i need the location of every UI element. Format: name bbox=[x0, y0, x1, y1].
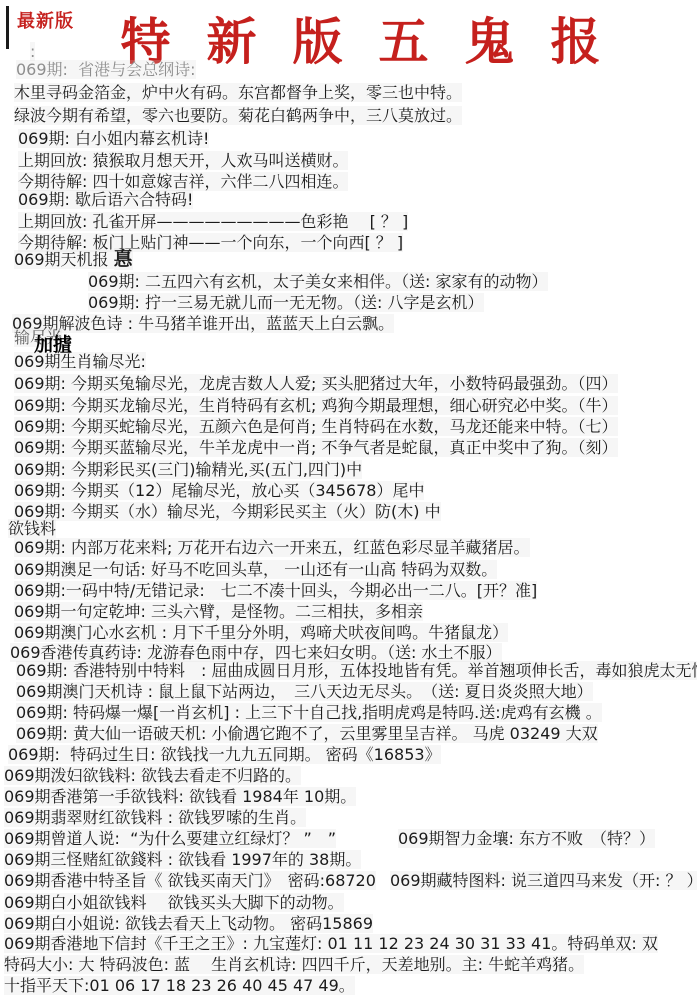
text-segment: 惪 bbox=[114, 248, 133, 270]
text-segment: 绿波今期有希望，零六也要防。菊花白鹤两争中，三八莫放过。 bbox=[14, 106, 462, 125]
text-line: 069期香港中特圣旨《 欲钱买南天门》 密码:68720 bbox=[4, 871, 376, 890]
text-segment: 今期待解: 四十如意嫁吉祥，六伴二八四相连。 bbox=[18, 172, 348, 191]
text-line: 069期: 今期买蛇输尽光，五颜六色是何肖; 生肖特码在水数，马龙还能来中特。（… bbox=[14, 417, 618, 436]
text-segment: 木里寻码金箔金，炉中火有码。东宫都督争上奖，零三也中特。 bbox=[14, 83, 462, 102]
text-line: 069期天机报 惪 bbox=[14, 250, 133, 269]
text-line: 069期: 二五四六有玄机，太子美女来相伴。（送: 家家有的动物） bbox=[88, 272, 548, 291]
text-line: 069期: 歇后语六合特码! bbox=[18, 190, 193, 209]
text-line: 069期:一码中特/无错记录: 七二不凑十回头，今期必出一二八。[开？准] bbox=[14, 581, 537, 600]
text-segment: 069期: 今期买兔输尽光，龙虎吉数人人爱; 买头肥猪过大年，小数特码最强劲。（… bbox=[14, 374, 618, 393]
text-line: 069期: 内部万花来料; 万花开右边六一开来五，红蓝色彩尽显羊藏猪居。 bbox=[14, 538, 530, 557]
text-line: 069期翡翠财红欲钱料 : 欲钱罗嗦的生肖。 bbox=[4, 808, 306, 827]
text-line: 欲钱料 bbox=[8, 519, 56, 538]
text-segment: 069期智力金壤: 东方不败 （特？） bbox=[398, 829, 655, 848]
text-line: 069期一句定乾坤: 三头六臂，是怪物。二三相扶，多相亲 bbox=[14, 602, 423, 621]
text-line: 上期回放: 孔雀开屏—————————色彩艳 [ ？ ] bbox=[18, 212, 408, 231]
text-segment: 069期: 内部万花来料; 万花开右边六一开来五，红蓝色彩尽显羊藏猪居。 bbox=[14, 538, 530, 557]
text-segment: 欲钱料 bbox=[8, 519, 56, 538]
text-segment: 069期: 今期买蛇输尽光，五颜六色是何肖; 生肖特码在水数，马龙还能来中特。（… bbox=[14, 417, 618, 436]
text-line: 069期澳足一句话: 好马不吃回头草， 一山还有一山高 特码为双数。 bbox=[14, 560, 497, 579]
text-segment: 069期白小姐欲钱料 欲钱买头大脚下的动物。 bbox=[4, 893, 344, 912]
text-line: 069期: 今期彩民买(三门)输精光,买(五门,四门)中 bbox=[14, 460, 362, 479]
text-line: 069期三怪赌紅欲錢料 : 欲钱看 1997年的 38期。 bbox=[4, 850, 361, 869]
text-segment: 069期解波色诗 : 牛马猪羊谁开出，蓝蓝天上白云飘。 bbox=[12, 314, 394, 333]
text-line: 069香港传真药诗: 龙游春色雨中存，四七来妇女明。（送: 水土不服） bbox=[10, 643, 502, 662]
text-segment: 069期: 今期买（水）输尽光，今期彩民买主（火）防(木) 中 bbox=[14, 502, 441, 521]
text-line: 绿波今期有希望，零六也要防。菊花白鹤两争中，三八莫放过。 bbox=[14, 106, 462, 125]
text-line: 十指平天下:01 06 17 18 23 26 40 45 47 49。 bbox=[4, 976, 355, 995]
text-line: 069期澳门心水玄机 : 月下千里分外明，鸡啼犬吠夜间鸣。牛猪鼠龙） bbox=[14, 623, 508, 642]
text-line: : bbox=[30, 42, 35, 61]
text-line: 069期智力金壤: 东方不败 （特？） bbox=[398, 829, 655, 848]
text-line: 069期: 今期买（水）输尽光，今期彩民买主（火）防(木) 中 bbox=[14, 502, 441, 521]
text-segment: 069期: 今期买龙输尽光，生肖特码有玄机; 鸡狗今期最理想，细心研究必中奖。（… bbox=[14, 396, 618, 415]
text-line: 069期藏特图料: 说三道四马来发（开: ？ ） bbox=[390, 871, 697, 890]
text-line: 069期香港地下信封《千王之王》: 九宝莲灯: 01 11 12 23 24 3… bbox=[4, 934, 658, 953]
text-segment: 069期泼妇欲钱料: 欲钱去看走不归路的。 bbox=[4, 766, 301, 785]
text-line: 069期: 黄大仙一语破天机: 小偷遇它跑不了，云里雾里呈吉祥。 马虎 0324… bbox=[16, 724, 598, 743]
text-segment: 上期回放: 猿猴取月想天开，人欢马叫送横财。 bbox=[18, 151, 348, 170]
text-line: 069期: 特码爆一爆[一肖玄机] : 上三下十自己找,指明虎鸡是特吗.送:虎鸡… bbox=[16, 703, 602, 722]
text-line: 069期解波色诗 : 牛马猪羊谁开出，蓝蓝天上白云飘。 bbox=[12, 314, 394, 333]
text-line: 069期: 今期买（12）尾输尽光，放心买（345678）尾中 bbox=[14, 481, 424, 500]
text-line: 069期: 特码过生日: 欲钱找一九九五同期。 密码《16853》 bbox=[8, 745, 441, 764]
document-body: :069期: 省港与会总纲诗:木里寻码金箔金，炉中火有码。东宫都督争上奖，零三也… bbox=[0, 0, 697, 1007]
text-segment: 069期三怪赌紅欲錢料 : 欲钱看 1997年的 38期。 bbox=[4, 850, 361, 869]
text-line: 上期回放: 猿猴取月想天开，人欢马叫送横财。 bbox=[18, 151, 348, 170]
text-line: 今期待解: 四十如意嫁吉祥，六伴二八四相连。 bbox=[18, 172, 348, 191]
text-line: 特码大小: 大 特码波色: 蓝 生肖玄机诗: 四四千斤，天差地别。主: 牛蛇羊鸡… bbox=[4, 955, 584, 974]
text-line: 069期曾道人说: “为什么要建立红绿灯？ ” ” bbox=[4, 829, 336, 848]
text-segment: 069期: 省港与会总纲诗: bbox=[16, 60, 196, 79]
text-line: 069期白小姐说: 欲钱去看天上飞动物。 密码15869 bbox=[4, 914, 373, 933]
text-line: 木里寻码金箔金，炉中火有码。东宫都督争上奖，零三也中特。 bbox=[14, 83, 462, 102]
text-segment: 069期澳门心水玄机 : 月下千里分外明，鸡啼犬吠夜间鸣。牛猪鼠龙） bbox=[14, 623, 508, 642]
text-segment: 上期回放: 孔雀开屏—————————色彩艳 [ ？ ] bbox=[18, 212, 408, 231]
text-segment: 069期澳门天机诗 : 鼠上鼠下站两边， 三八天边无尽头。 （送: 夏日炎炎照大… bbox=[16, 682, 593, 701]
text-segment: 069期: 今期彩民买(三门)输精光,买(五门,四门)中 bbox=[14, 460, 362, 479]
text-segment: 069期: 今期买蓝输尽光，牛羊龙虎中一肖; 不争气者是蛇鼠，真正中奖中了狗。（… bbox=[14, 438, 618, 457]
text-line: 069期: 今期买龙输尽光，生肖特码有玄机; 鸡狗今期最理想，细心研究必中奖。（… bbox=[14, 396, 618, 415]
text-segment: 069期: 白小姐内幕玄机诗! bbox=[18, 129, 209, 148]
text-segment: 069期生肖输尽光: bbox=[14, 352, 146, 371]
text-line: 069期: 白小姐内幕玄机诗! bbox=[18, 129, 209, 148]
text-segment: 069期: 今期买（12）尾输尽光，放心买（345678）尾中 bbox=[14, 481, 424, 500]
text-line: 069期: 今期买兔输尽光，龙虎吉数人人爱; 买头肥猪过大年，小数特码最强劲。（… bbox=[14, 374, 618, 393]
text-segment: 069期: 特码爆一爆[一肖玄机] : 上三下十自己找,指明虎鸡是特吗.送:虎鸡… bbox=[16, 703, 602, 722]
text-segment: 069期香港第一手欲钱料: 欲钱看 1984年 10期。 bbox=[4, 787, 356, 806]
text-line: 069期泼妇欲钱料: 欲钱去看走不归路的。 bbox=[4, 766, 301, 785]
text-line: 069期白小姐欲钱料 欲钱买头大脚下的动物。 bbox=[4, 893, 344, 912]
text-segment: 069期: 拧一三易无就儿而一无无物。（送: 八字是玄机） bbox=[88, 293, 484, 312]
text-segment: 069期曾道人说: “为什么要建立红绿灯？ ” ” bbox=[4, 829, 336, 848]
text-segment: 069期一句定乾坤: 三头六臂，是怪物。二三相扶，多相亲 bbox=[14, 602, 423, 621]
text-segment: 069期:一码中特/无错记录: 七二不凑十回头，今期必出一二八。[开？准] bbox=[14, 581, 537, 600]
text-line: 069期: 拧一三易无就儿而一无无物。（送: 八字是玄机） bbox=[88, 293, 484, 312]
text-segment: 069期藏特图料: 说三道四马来发（开: ？ ） bbox=[390, 871, 697, 890]
text-line: 069期生肖输尽光: bbox=[14, 352, 146, 371]
text-segment: 069期: 二五四六有玄机，太子美女来相伴。（送: 家家有的动物） bbox=[88, 272, 548, 291]
text-segment: 069期: 黄大仙一语破天机: 小偷遇它跑不了，云里雾里呈吉祥。 马虎 0324… bbox=[16, 724, 598, 743]
text-segment: 069期天机报 bbox=[14, 250, 114, 269]
text-line: 069期: 今期买蓝输尽光，牛羊龙虎中一肖; 不争气者是蛇鼠，真正中奖中了狗。（… bbox=[14, 438, 618, 457]
text-line: 069期: 香港特别中特料 : 屈曲成圆日月形，五体投地皆有凭。举首翘项伸长舌，… bbox=[16, 661, 697, 680]
text-segment: 069期翡翠财红欲钱料 : 欲钱罗嗦的生肖。 bbox=[4, 808, 306, 827]
text-segment: 特码大小: 大 特码波色: 蓝 生肖玄机诗: 四四千斤，天差地别。主: 牛蛇羊鸡… bbox=[4, 955, 584, 974]
text-segment: 069期: 香港特别中特料 : 屈曲成圆日月形，五体投地皆有凭。举首翘项伸长舌，… bbox=[16, 661, 697, 680]
text-segment: 069期: 特码过生日: 欲钱找一九九五同期。 密码《16853》 bbox=[8, 745, 441, 764]
text-line: 069期澳门天机诗 : 鼠上鼠下站两边， 三八天边无尽头。 （送: 夏日炎炎照大… bbox=[16, 682, 593, 701]
text-segment: 069期澳足一句话: 好马不吃回头草， 一山还有一山高 特码为双数。 bbox=[14, 560, 497, 579]
text-segment: 069期香港中特圣旨《 欲钱买南天门》 密码:68720 bbox=[4, 871, 376, 890]
text-segment: 069香港传真药诗: 龙游春色雨中存，四七来妇女明。（送: 水土不服） bbox=[10, 643, 502, 662]
text-segment: 069期白小姐说: 欲钱去看天上飞动物。 密码15869 bbox=[4, 914, 373, 933]
text-line: 069期: 省港与会总纲诗: bbox=[16, 60, 196, 79]
text-line: 069期香港第一手欲钱料: 欲钱看 1984年 10期。 bbox=[4, 787, 356, 806]
text-segment: 十指平天下:01 06 17 18 23 26 40 45 47 49。 bbox=[4, 976, 355, 995]
text-segment: : bbox=[30, 42, 35, 61]
text-segment: 069期: 歇后语六合特码! bbox=[18, 190, 193, 209]
text-segment: 069期香港地下信封《千王之王》: 九宝莲灯: 01 11 12 23 24 3… bbox=[4, 934, 658, 953]
